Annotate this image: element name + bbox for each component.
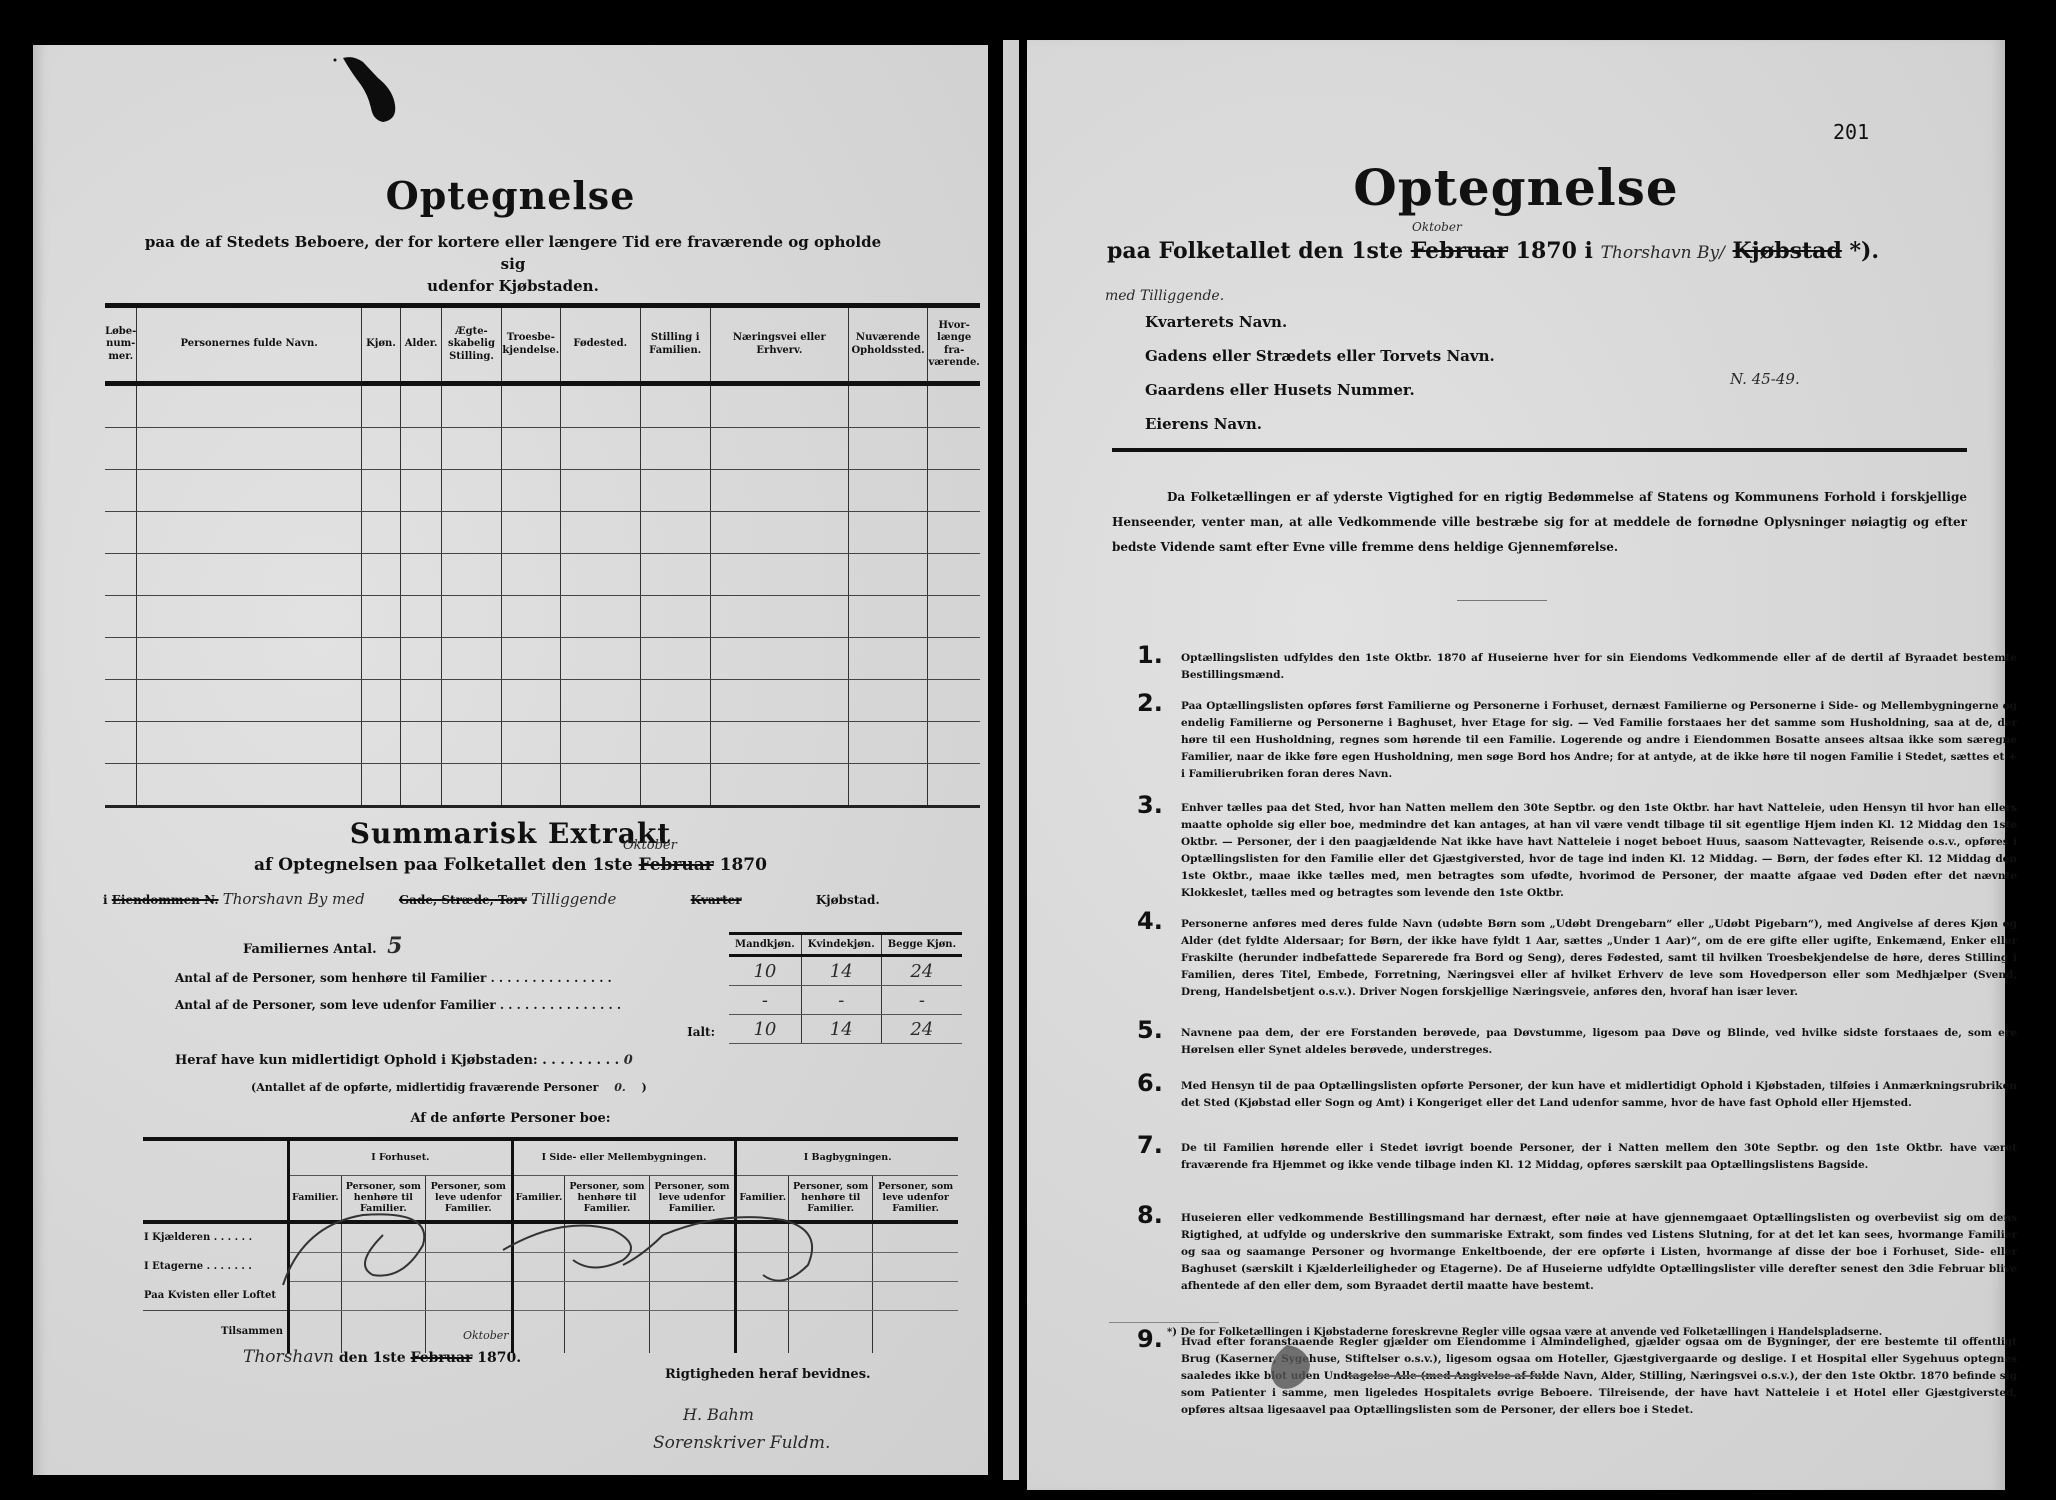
rule-number: 7. xyxy=(1137,1136,1163,1155)
group-forhuset: I Forhuset. xyxy=(289,1139,513,1176)
ledger-cell xyxy=(361,512,400,554)
ledger-cell xyxy=(848,638,927,680)
ledger-cell xyxy=(848,596,927,638)
ledger-cell xyxy=(928,470,980,512)
summary-row-label: Ialt: xyxy=(175,1019,725,1046)
ledger-cell xyxy=(401,638,442,680)
dwelling-cell xyxy=(789,1310,873,1353)
location-kjobstad: Kjøbstad. xyxy=(816,893,880,907)
ledger-cell xyxy=(401,384,442,428)
dwelling-cell xyxy=(565,1310,649,1353)
address-field-label: Gadens eller Strædets eller Torvets Navn… xyxy=(1145,347,1495,365)
families-count: Familiernes Antal. 5 xyxy=(243,933,402,959)
col-begge-kjon: Begge Kjøn. xyxy=(881,934,962,956)
ledger-cell xyxy=(105,554,137,596)
right-subtitle-year: 1870 i xyxy=(1516,238,1593,264)
signature-name: H. Bahm xyxy=(683,1405,754,1424)
ledger-row xyxy=(105,596,980,638)
temporary-residents: Heraf have kun midlertidigt Ophold i Kjø… xyxy=(175,1053,633,1068)
rule-text: Paa Optællingslisten opføres først Famil… xyxy=(1181,698,2017,783)
rule-item: 3.Enhver tælles paa det Sted, hvor han N… xyxy=(1137,800,2017,902)
rule-text: Huseieren eller vedkommende Bestillingsm… xyxy=(1181,1210,2017,1295)
ledger-cell xyxy=(561,554,640,596)
rule-text: De til Familien hørende eller i Stedet i… xyxy=(1181,1140,2017,1174)
ledger-cell xyxy=(561,470,640,512)
ledger-row xyxy=(105,384,980,428)
rule-text: Optællingslisten udfyldes den 1ste Oktbr… xyxy=(1181,650,2017,684)
ledger-cell xyxy=(361,470,400,512)
absent-note-value: 0. xyxy=(614,1081,625,1094)
ledger-cell xyxy=(442,764,501,807)
ledger-cell xyxy=(640,764,710,807)
ledger-cell xyxy=(710,428,848,470)
ledger-cell xyxy=(561,764,640,807)
address-field-row: Eierens Navn. xyxy=(1145,414,1945,448)
summary-row-label-text: Antal af de Personer, som henhøre til Fa… xyxy=(175,971,486,985)
ledger-cell xyxy=(928,512,980,554)
page-number: 201 xyxy=(1833,120,1869,144)
summary-count-cell: 24 xyxy=(881,956,962,986)
families-label: Familiernes Antal. xyxy=(243,942,377,957)
ledger-cell xyxy=(361,764,400,807)
ledger-cell xyxy=(105,512,137,554)
ledger-cell xyxy=(361,680,400,722)
ledger-cell xyxy=(105,680,137,722)
ledger-cell xyxy=(928,596,980,638)
ledger-cell xyxy=(442,638,501,680)
rule-item: 5.Navnene paa dem, der ere Forstanden be… xyxy=(1137,1025,2017,1059)
ledger-cell xyxy=(442,512,501,554)
ledger-cell xyxy=(928,384,980,428)
rule-item: 2.Paa Optællingslisten opføres først Fam… xyxy=(1137,698,2017,783)
col-naeringsvei: Næringsvei eller Erhverv. xyxy=(710,306,848,384)
ledger-cell xyxy=(401,512,442,554)
ledger-cell xyxy=(361,554,400,596)
ledger-cell xyxy=(137,596,361,638)
left-title: Optegnelse xyxy=(33,173,988,218)
summary-subtitle-prefix: af Optegnelsen paa Folketallet den 1ste xyxy=(254,855,633,875)
ledger-body xyxy=(105,384,980,807)
dwelling-cell xyxy=(873,1281,958,1310)
signature-title: Sorenskriver Fuldm. xyxy=(653,1433,830,1453)
footnote-divider xyxy=(1109,1322,1219,1323)
ledger-cell xyxy=(361,428,400,470)
right-struck-month: Februar xyxy=(1411,238,1508,264)
ledger-row xyxy=(105,428,980,470)
ledger-row xyxy=(105,764,980,807)
location-prefix: i xyxy=(103,893,108,907)
ledger-cell xyxy=(640,428,710,470)
ledger-cell xyxy=(848,764,927,807)
location-struck-kvarter: Kvarter xyxy=(691,893,742,907)
ledger-cell xyxy=(848,554,927,596)
summary-count-cell: - xyxy=(801,986,881,1015)
families-value: 5 xyxy=(387,933,402,959)
ledger-cell xyxy=(137,680,361,722)
ledger-cell xyxy=(640,470,710,512)
ledger-cell xyxy=(137,554,361,596)
rule-text: Med Hensyn til de paa Optællingslisten o… xyxy=(1181,1078,2017,1112)
ledger-cell xyxy=(561,384,640,428)
ledger-cell xyxy=(928,722,980,764)
ledger-cell xyxy=(501,384,560,428)
right-subtitle-suffix: *). xyxy=(1850,238,1880,264)
rule-number: 1. xyxy=(1137,646,1163,665)
col-kjon: Kjøn. xyxy=(361,306,400,384)
ledger-cell xyxy=(710,470,848,512)
col-mandkjon: Mandkjøn. xyxy=(729,934,801,956)
rules-list: 1.Optællingslisten udfyldes den 1ste Okt… xyxy=(1137,650,2017,1330)
ledger-cell xyxy=(501,428,560,470)
right-subtitle-prefix: paa Folketallet den 1ste xyxy=(1107,238,1403,264)
ledger-cell xyxy=(501,554,560,596)
rule-text: Navnene paa dem, der ere Forstanden berø… xyxy=(1181,1025,2017,1059)
col-fodested: Fødested. xyxy=(561,306,640,384)
rule-number: 9. xyxy=(1137,1330,1163,1349)
summary-count-cell: - xyxy=(881,986,962,1015)
right-title: Optegnelse xyxy=(1027,158,2005,217)
date-place: Thorshavn xyxy=(243,1347,334,1367)
ledger-cell xyxy=(105,638,137,680)
ledger-cell xyxy=(848,512,927,554)
ledger-cell xyxy=(710,554,848,596)
col-fulde-navn: Personernes fulde Navn. xyxy=(137,306,361,384)
address-field-value: N. 45-49. xyxy=(1730,370,1800,388)
summary-count-row: 101424 xyxy=(729,956,962,986)
col-lobenummer: Løbe-num-mer. xyxy=(105,306,137,384)
ledger-cell xyxy=(137,512,361,554)
ledger-row xyxy=(105,554,980,596)
ledger-row xyxy=(105,470,980,512)
summary-count-cell: - xyxy=(729,986,801,1015)
ledger-cell xyxy=(137,764,361,807)
ledger-cell xyxy=(928,764,980,807)
col-stilling-familien: Stilling i Familien. xyxy=(640,306,710,384)
ledger-cell xyxy=(710,680,848,722)
ledger-cell xyxy=(640,638,710,680)
location-hand-street: Tilliggende xyxy=(531,890,616,908)
ledger-cell xyxy=(848,384,927,428)
right-struck-kjobstad: Kjøbstad xyxy=(1733,238,1842,264)
left-subtitle-line2: udenfor Kjøbstaden. xyxy=(133,275,893,297)
summary-row-label-text: Antal af de Personer, som leve udenfor F… xyxy=(175,998,496,1012)
summary-count-cell: 24 xyxy=(881,1015,962,1044)
ledger-cell xyxy=(401,470,442,512)
dwelling-cell xyxy=(736,1310,789,1353)
location-struck-eiendommen: Eiendommen N. xyxy=(112,893,219,907)
ledger-cell xyxy=(501,680,560,722)
ledger-cell xyxy=(401,722,442,764)
rule-number: 2. xyxy=(1137,694,1163,713)
summary-row-label: Antal af de Personer, som leve udenfor F… xyxy=(175,992,725,1019)
book-gutter xyxy=(1003,40,1019,1480)
ledger-cell xyxy=(928,428,980,470)
address-fields: Kvarterets Navn.Gadens eller Strædets el… xyxy=(1145,312,1945,448)
ledger-cell xyxy=(137,470,361,512)
ledger-cell xyxy=(501,470,560,512)
ledger-cell xyxy=(137,384,361,428)
right-hand-note: med Tilliggende. xyxy=(1105,288,1224,304)
date-year: 1870. xyxy=(477,1350,521,1366)
ledger-cell xyxy=(561,722,640,764)
ledger-cell xyxy=(640,680,710,722)
intro-paragraph: Da Folketællingen er af yderste Vigtighe… xyxy=(1112,485,1967,560)
address-field-label: Eierens Navn. xyxy=(1145,415,1262,433)
rule-item: 8.Huseieren eller vedkommende Bestilling… xyxy=(1137,1210,2017,1295)
rule-number: 5. xyxy=(1137,1021,1163,1040)
ledger-cell xyxy=(442,596,501,638)
footnote: *) De for Folketællingen i Kjøbstaderne … xyxy=(1167,1327,1967,1338)
ledger-row xyxy=(105,722,980,764)
ledger-cell xyxy=(561,596,640,638)
leader-dots: . . . . . . . . . . . . . . . xyxy=(496,998,621,1012)
summary-hand-month: Oktober xyxy=(623,838,677,853)
summary-row-label: Antal af de Personer, som henhøre til Fa… xyxy=(175,965,725,992)
right-hand-month: Oktober xyxy=(1412,220,1462,234)
ledger-cell xyxy=(501,722,560,764)
summary-count-cell: 14 xyxy=(801,1015,881,1044)
ledger-cell xyxy=(640,596,710,638)
ledger-cell xyxy=(137,722,361,764)
leader-dots: . . . . . . . . . . . . . . . xyxy=(486,971,611,985)
location-hand-place: Thorshavn By med xyxy=(223,890,365,908)
ink-blot-icon xyxy=(333,50,443,130)
ledger-cell xyxy=(442,428,501,470)
attest-text: Rigtigheden heraf bevidnes. xyxy=(665,1367,871,1382)
dwelling-cell xyxy=(873,1252,958,1281)
ledger-cell xyxy=(361,596,400,638)
ledger-cell xyxy=(401,764,442,807)
rule-text: Personerne anføres med deres fulde Navn … xyxy=(1181,916,2017,1001)
dwelling-cell xyxy=(649,1310,736,1353)
dwelling-title: Af de anførte Personer boe: xyxy=(33,1111,988,1126)
temporary-value: 0 xyxy=(624,1053,633,1068)
ledger-cell xyxy=(137,638,361,680)
summary-count-cell: 10 xyxy=(729,956,801,986)
ledger-cell xyxy=(105,384,137,428)
right-page: 201 Optegnelse paa Folketallet den 1ste … xyxy=(1027,40,2005,1490)
ledger-cell xyxy=(501,512,560,554)
ledger-cell xyxy=(928,554,980,596)
ledger-cell xyxy=(710,384,848,428)
date-line: Thorshavn den 1ste Februar 1870. xyxy=(243,1347,521,1367)
ledger-cell xyxy=(710,638,848,680)
ledger-cell xyxy=(710,722,848,764)
rule-number: 3. xyxy=(1137,796,1163,815)
ledger-cell xyxy=(442,722,501,764)
summary-title: Summarisk Extrakt xyxy=(33,817,988,850)
ledger-cell xyxy=(137,428,361,470)
date-struck-month: Februar xyxy=(411,1350,473,1366)
temporary-label: Heraf have kun midlertidigt Ophold i Kjø… xyxy=(175,1053,538,1068)
rule-number: 4. xyxy=(1137,912,1163,931)
date-day: den 1ste xyxy=(339,1350,406,1366)
dwelling-cell xyxy=(873,1310,958,1353)
ledger-cell xyxy=(401,428,442,470)
summary-count-cell: 14 xyxy=(801,956,881,986)
summary-struck-month: Februar xyxy=(639,855,714,875)
ledger-cell xyxy=(105,764,137,807)
rule-item: 4.Personerne anføres med deres fulde Nav… xyxy=(1137,916,2017,1001)
header-divider xyxy=(1112,448,1967,452)
summary-row-labels: Antal af de Personer, som henhøre til Fa… xyxy=(175,965,725,1046)
dwelling-subcolumn: Personer, som leve udenfor Familier. xyxy=(873,1176,958,1222)
rule-item: 6.Med Hensyn til de paa Optællingslisten… xyxy=(1137,1078,2017,1112)
ledger-cell xyxy=(640,384,710,428)
ledger-row xyxy=(105,680,980,722)
right-hand-place: Thorshavn By/ xyxy=(1601,243,1725,263)
ledger-cell xyxy=(105,722,137,764)
intro-divider xyxy=(1457,600,1547,601)
ledger-cell xyxy=(105,470,137,512)
summary-subtitle: af Optegnelsen paa Folketallet den 1ste … xyxy=(33,855,988,875)
ledger-cell xyxy=(501,638,560,680)
summary-count-row: 101424 xyxy=(729,1015,962,1044)
location-struck-gade: Gade, Stræde, Torv xyxy=(399,893,527,907)
address-field-row: Kvarterets Navn. xyxy=(1145,312,1945,346)
pen-flourish-icon xyxy=(263,1205,863,1305)
ledger-cell xyxy=(361,384,400,428)
ledger-cell xyxy=(442,680,501,722)
absent-note-suffix: ) xyxy=(642,1081,647,1094)
ledger-cell xyxy=(848,470,927,512)
col-aegteskabelig-stilling: Ægte-skabelig Stilling. xyxy=(442,306,501,384)
date-hand-month: Oktober xyxy=(463,1329,509,1342)
summary-location-line: i Eiendommen N. Thorshavn By med Gade, S… xyxy=(103,890,973,908)
ledger-cell xyxy=(105,596,137,638)
summary-count-cell: 10 xyxy=(729,1015,801,1044)
absent-note-prefix: (Antallet af de opførte, midlertidig fra… xyxy=(251,1081,598,1094)
ledger-row xyxy=(105,638,980,680)
rule-item: 1.Optællingslisten udfyldes den 1ste Okt… xyxy=(1137,650,2017,684)
ledger-cell xyxy=(361,722,400,764)
left-subtitle: paa de af Stedets Beboere, der for korte… xyxy=(133,231,893,297)
summary-count-body: 101424---101424 xyxy=(729,956,962,1044)
col-kvindekjon: Kvindekjøn. xyxy=(801,934,881,956)
ledger-cell xyxy=(710,512,848,554)
rule-item: 7.De til Familien hørende eller i Stedet… xyxy=(1137,1140,2017,1174)
address-field-row: Gadens eller Strædets eller Torvets Navn… xyxy=(1145,346,1945,380)
ledger-cell xyxy=(105,428,137,470)
summary-count-table: Mandkjøn. Kvindekjøn. Begge Kjøn. 101424… xyxy=(729,932,962,1044)
ledger-cell xyxy=(710,596,848,638)
signature-rule xyxy=(1347,1375,1547,1377)
ledger-cell xyxy=(640,512,710,554)
ledger-cell xyxy=(401,680,442,722)
group-bagbygning: I Bagbygningen. xyxy=(736,1139,958,1176)
ledger-cell xyxy=(442,470,501,512)
ledger-cell xyxy=(928,638,980,680)
summary-year: 1870 xyxy=(720,855,767,875)
ledger-cell xyxy=(361,638,400,680)
left-subtitle-line1: paa de af Stedets Beboere, der for korte… xyxy=(133,231,893,275)
col-hvor-lange: Hvor-længe fra-værende. xyxy=(928,306,980,384)
ledger-cell xyxy=(640,554,710,596)
ledger-cell xyxy=(710,764,848,807)
ledger-cell xyxy=(442,384,501,428)
rule-number: 6. xyxy=(1137,1074,1163,1093)
ledger-cell xyxy=(561,680,640,722)
address-field-label: Kvarterets Navn. xyxy=(1145,313,1287,331)
absent-note: (Antallet af de opførte, midlertidig fra… xyxy=(251,1081,647,1094)
address-field-row: Gaardens eller Husets Nummer.N. 45-49. xyxy=(1145,380,1945,414)
ledger-row xyxy=(105,512,980,554)
dwelling-cell xyxy=(873,1222,958,1253)
rule-text: Enhver tælles paa det Sted, hvor han Nat… xyxy=(1181,800,2017,902)
ledger-cell xyxy=(442,554,501,596)
ledger-cell xyxy=(561,428,640,470)
ledger-cell xyxy=(501,596,560,638)
left-page: Optegnelse paa de af Stedets Beboere, de… xyxy=(33,45,988,1475)
ledger-cell xyxy=(848,722,927,764)
right-subtitle: paa Folketallet den 1ste Februar 1870 i … xyxy=(1107,238,1987,264)
ledger-cell xyxy=(401,596,442,638)
ledger-cell xyxy=(501,764,560,807)
ledger-cell xyxy=(401,554,442,596)
col-opholdssted: Nuværende Opholdssted. xyxy=(848,306,927,384)
ledger-cell xyxy=(848,428,927,470)
ink-stain-icon xyxy=(1262,1340,1322,1400)
group-sidebygning: I Side- eller Mellembygningen. xyxy=(512,1139,736,1176)
col-troesbekjendelse: Troesbe-kjendelse. xyxy=(501,306,560,384)
summary-count-row: --- xyxy=(729,986,962,1015)
address-field-label: Gaardens eller Husets Nummer. xyxy=(1145,381,1415,399)
ledger-cell xyxy=(928,680,980,722)
summary-row-label-text: Ialt: xyxy=(687,1025,715,1039)
col-alder: Alder. xyxy=(401,306,442,384)
ledger-cell xyxy=(848,680,927,722)
rule-number: 8. xyxy=(1137,1206,1163,1225)
ledger-cell xyxy=(640,722,710,764)
absentee-ledger-table: Løbe-num-mer. Personernes fulde Navn. Kj… xyxy=(105,303,980,808)
ledger-cell xyxy=(561,638,640,680)
ledger-cell xyxy=(561,512,640,554)
